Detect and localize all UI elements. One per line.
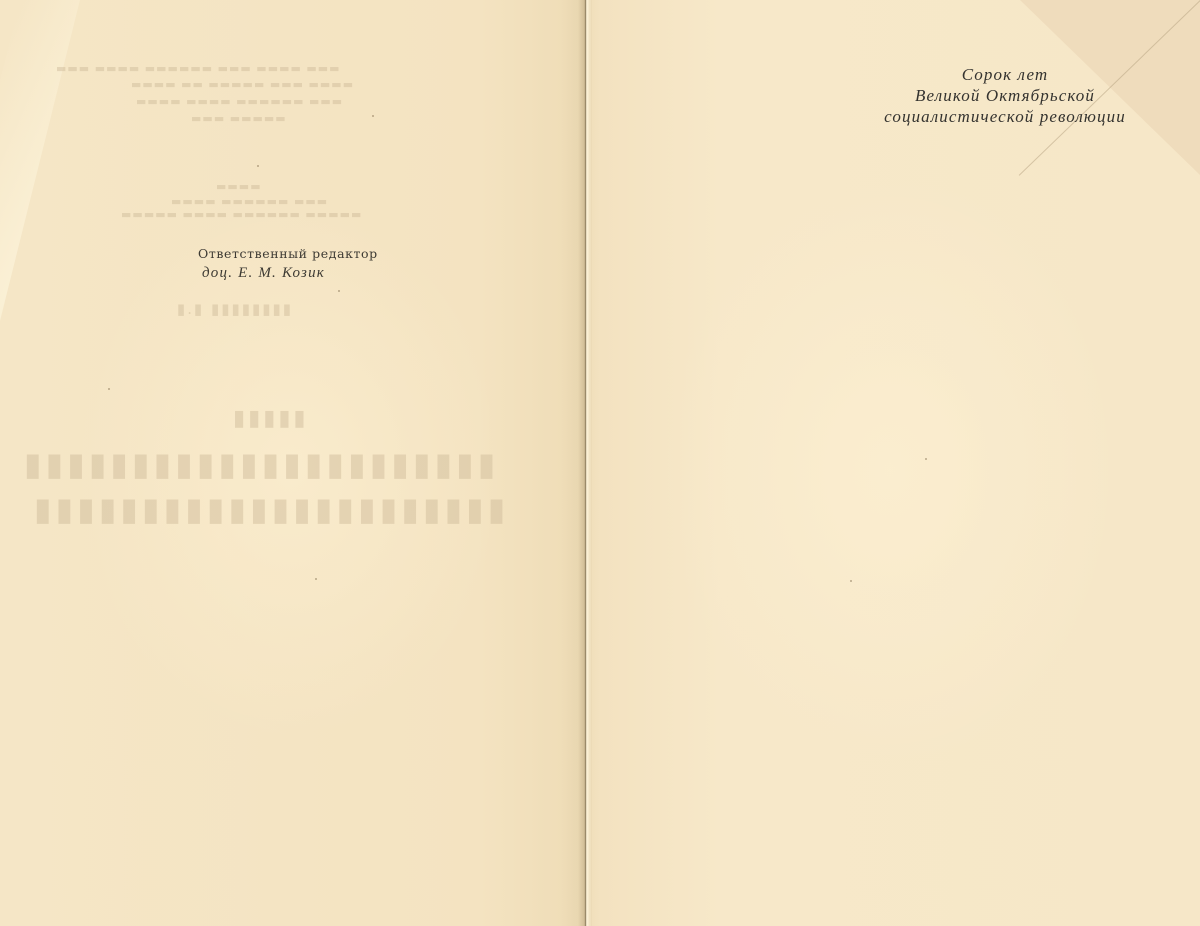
editor-label: Ответственный редактор: [198, 245, 378, 263]
paper-speck: [925, 458, 927, 460]
show-through-text: ▬▬▬▬▬ ▬▬▬▬▬▬ ▬▬▬▬ ▬▬▬▬▬: [120, 208, 361, 221]
show-through-text: ▬▬▬▬ ▬▬▬ ▬▬▬▬▬ ▬▬ ▬▬▬▬: [130, 78, 353, 91]
show-through-text: ▬▬▬ ▬▬▬▬ ▬▬▬ ▬▬▬▬▬▬ ▬▬▬▬ ▬▬▬: [55, 62, 340, 75]
show-through-text: ▮▮▮▮▮▮▮▮▮▮▮▮▮▮▮▮▮▮▮▮▮▮: [30, 490, 505, 528]
paper-speck: [315, 578, 317, 580]
show-through-text: ▮▮▮▮▮: [230, 405, 306, 431]
paper-speck: [850, 580, 852, 582]
show-through-text: ▮▮▮▮▮▮▮▮ ▮.▮: [175, 300, 291, 318]
paper-speck: [338, 290, 340, 292]
dedication-line: Сорок лет: [860, 64, 1150, 85]
show-through-text: ▬▬▬▬▬ ▬▬▬: [190, 112, 286, 125]
dedication-line: социалистической революции: [860, 106, 1150, 127]
show-through-text: ▬▬▬ ▬▬▬▬▬▬ ▬▬▬▬: [170, 195, 327, 208]
show-through-text: ▬▬▬▬: [215, 180, 261, 193]
show-through-text: ▬▬▬ ▬▬▬▬▬▬ ▬▬▬▬ ▬▬▬▬: [135, 95, 342, 108]
book-spread: ▬▬▬ ▬▬▬▬ ▬▬▬ ▬▬▬▬▬▬ ▬▬▬▬ ▬▬▬ ▬▬▬▬ ▬▬▬ ▬▬…: [0, 0, 1200, 926]
dedication: Сорок лет Великой Октябрьской социалисти…: [860, 64, 1150, 127]
paper-speck: [257, 165, 259, 167]
paper-speck: [108, 388, 110, 390]
dedication-line: Великой Октябрьской: [860, 85, 1150, 106]
responsible-editor: Ответственный редактор доц. Е. М. Козик: [198, 245, 378, 283]
left-page: ▬▬▬ ▬▬▬▬ ▬▬▬ ▬▬▬▬▬▬ ▬▬▬▬ ▬▬▬ ▬▬▬▬ ▬▬▬ ▬▬…: [0, 0, 585, 926]
paper-speck: [372, 115, 374, 117]
show-through-text: ▮▮▮▮▮▮▮▮▮▮▮▮▮▮▮▮▮▮▮▮▮▮: [20, 445, 495, 483]
editor-name: доц. Е. М. Козик: [202, 263, 378, 283]
